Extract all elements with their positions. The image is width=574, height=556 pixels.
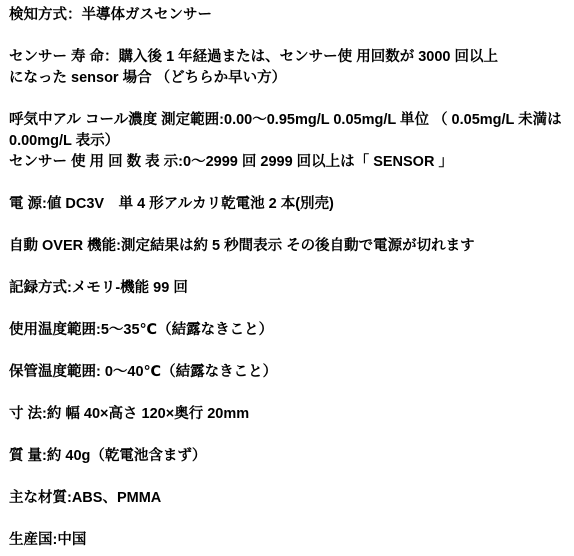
spec-country-of-origin-line: 生産国:中国 bbox=[9, 530, 570, 551]
spec-detection-method-line: 検知方式：半導体ガスセンサー bbox=[9, 5, 570, 26]
spec-detection-method: 検知方式：半導体ガスセンサー bbox=[9, 5, 570, 26]
spec-measurement-range-line-1: 呼気中アル コール濃度 測定範囲:0.00～0.95mg/L 0.05mg/L … bbox=[9, 110, 570, 131]
spec-sensor-life: センサー 寿 命：購入後 1 年経過または、センサー使 用回数が 3000 回以… bbox=[9, 47, 570, 89]
spec-storage-temperature-range-line: 保管温度範囲: 0～40℃（結露なきこと） bbox=[9, 362, 570, 383]
spec-storage-temperature-range: 保管温度範囲: 0～40℃（結露なきこと） bbox=[9, 362, 570, 383]
spec-operating-temperature-range-line: 使用温度範囲:5～35℃（結露なきこと） bbox=[9, 320, 570, 341]
spec-usage-count-display-line: センサー 使 用 回 数 表 示:0～2999 回 2999 回以上は「 SEN… bbox=[9, 152, 570, 173]
spec-weight-line: 質 量:約 40g（乾電池含まず） bbox=[9, 446, 570, 467]
spec-dimensions: 寸 法:約 幅 40×高さ 120×奥行 20mm bbox=[9, 404, 570, 425]
spec-materials: 主な材質:ABS、PMMA bbox=[9, 488, 570, 509]
spec-auto-over-function: 自動 OVER 機能:測定結果は約 5 秒間表示 その後自動で電源が切れます bbox=[9, 236, 570, 257]
spec-operating-temperature-range: 使用温度範囲:5～35℃（結露なきこと） bbox=[9, 320, 570, 341]
spec-auto-over-function-line: 自動 OVER 機能:測定結果は約 5 秒間表示 その後自動で電源が切れます bbox=[9, 236, 570, 257]
spec-document: 検知方式：半導体ガスセンサー センサー 寿 命：購入後 1 年経過または、センサ… bbox=[0, 0, 574, 556]
spec-dimensions-line: 寸 法:約 幅 40×高さ 120×奥行 20mm bbox=[9, 404, 570, 425]
spec-power-source: 電 源:値 DC3V 単 4 形アルカリ乾電池 2 本(別売) bbox=[9, 194, 570, 215]
spec-measurement-range-and-counter: 呼気中アル コール濃度 測定範囲:0.00～0.95mg/L 0.05mg/L … bbox=[9, 110, 570, 173]
spec-power-source-line: 電 源:値 DC3V 単 4 形アルカリ乾電池 2 本(別売) bbox=[9, 194, 570, 215]
spec-recording-method: 記録方式:メモリ-機能 99 回 bbox=[9, 278, 570, 299]
spec-sensor-life-line-1: センサー 寿 命：購入後 1 年経過または、センサー使 用回数が 3000 回以… bbox=[9, 47, 570, 68]
spec-sensor-life-line-2: になった sensor 場合 （どちらか早い方） bbox=[9, 68, 570, 89]
spec-materials-line: 主な材質:ABS、PMMA bbox=[9, 488, 570, 509]
spec-recording-method-line: 記録方式:メモリ-機能 99 回 bbox=[9, 278, 570, 299]
spec-measurement-range-line-2: 0.00mg/L 表示） bbox=[9, 131, 570, 152]
spec-country-of-origin: 生産国:中国 bbox=[9, 530, 570, 551]
spec-weight: 質 量:約 40g（乾電池含まず） bbox=[9, 446, 570, 467]
